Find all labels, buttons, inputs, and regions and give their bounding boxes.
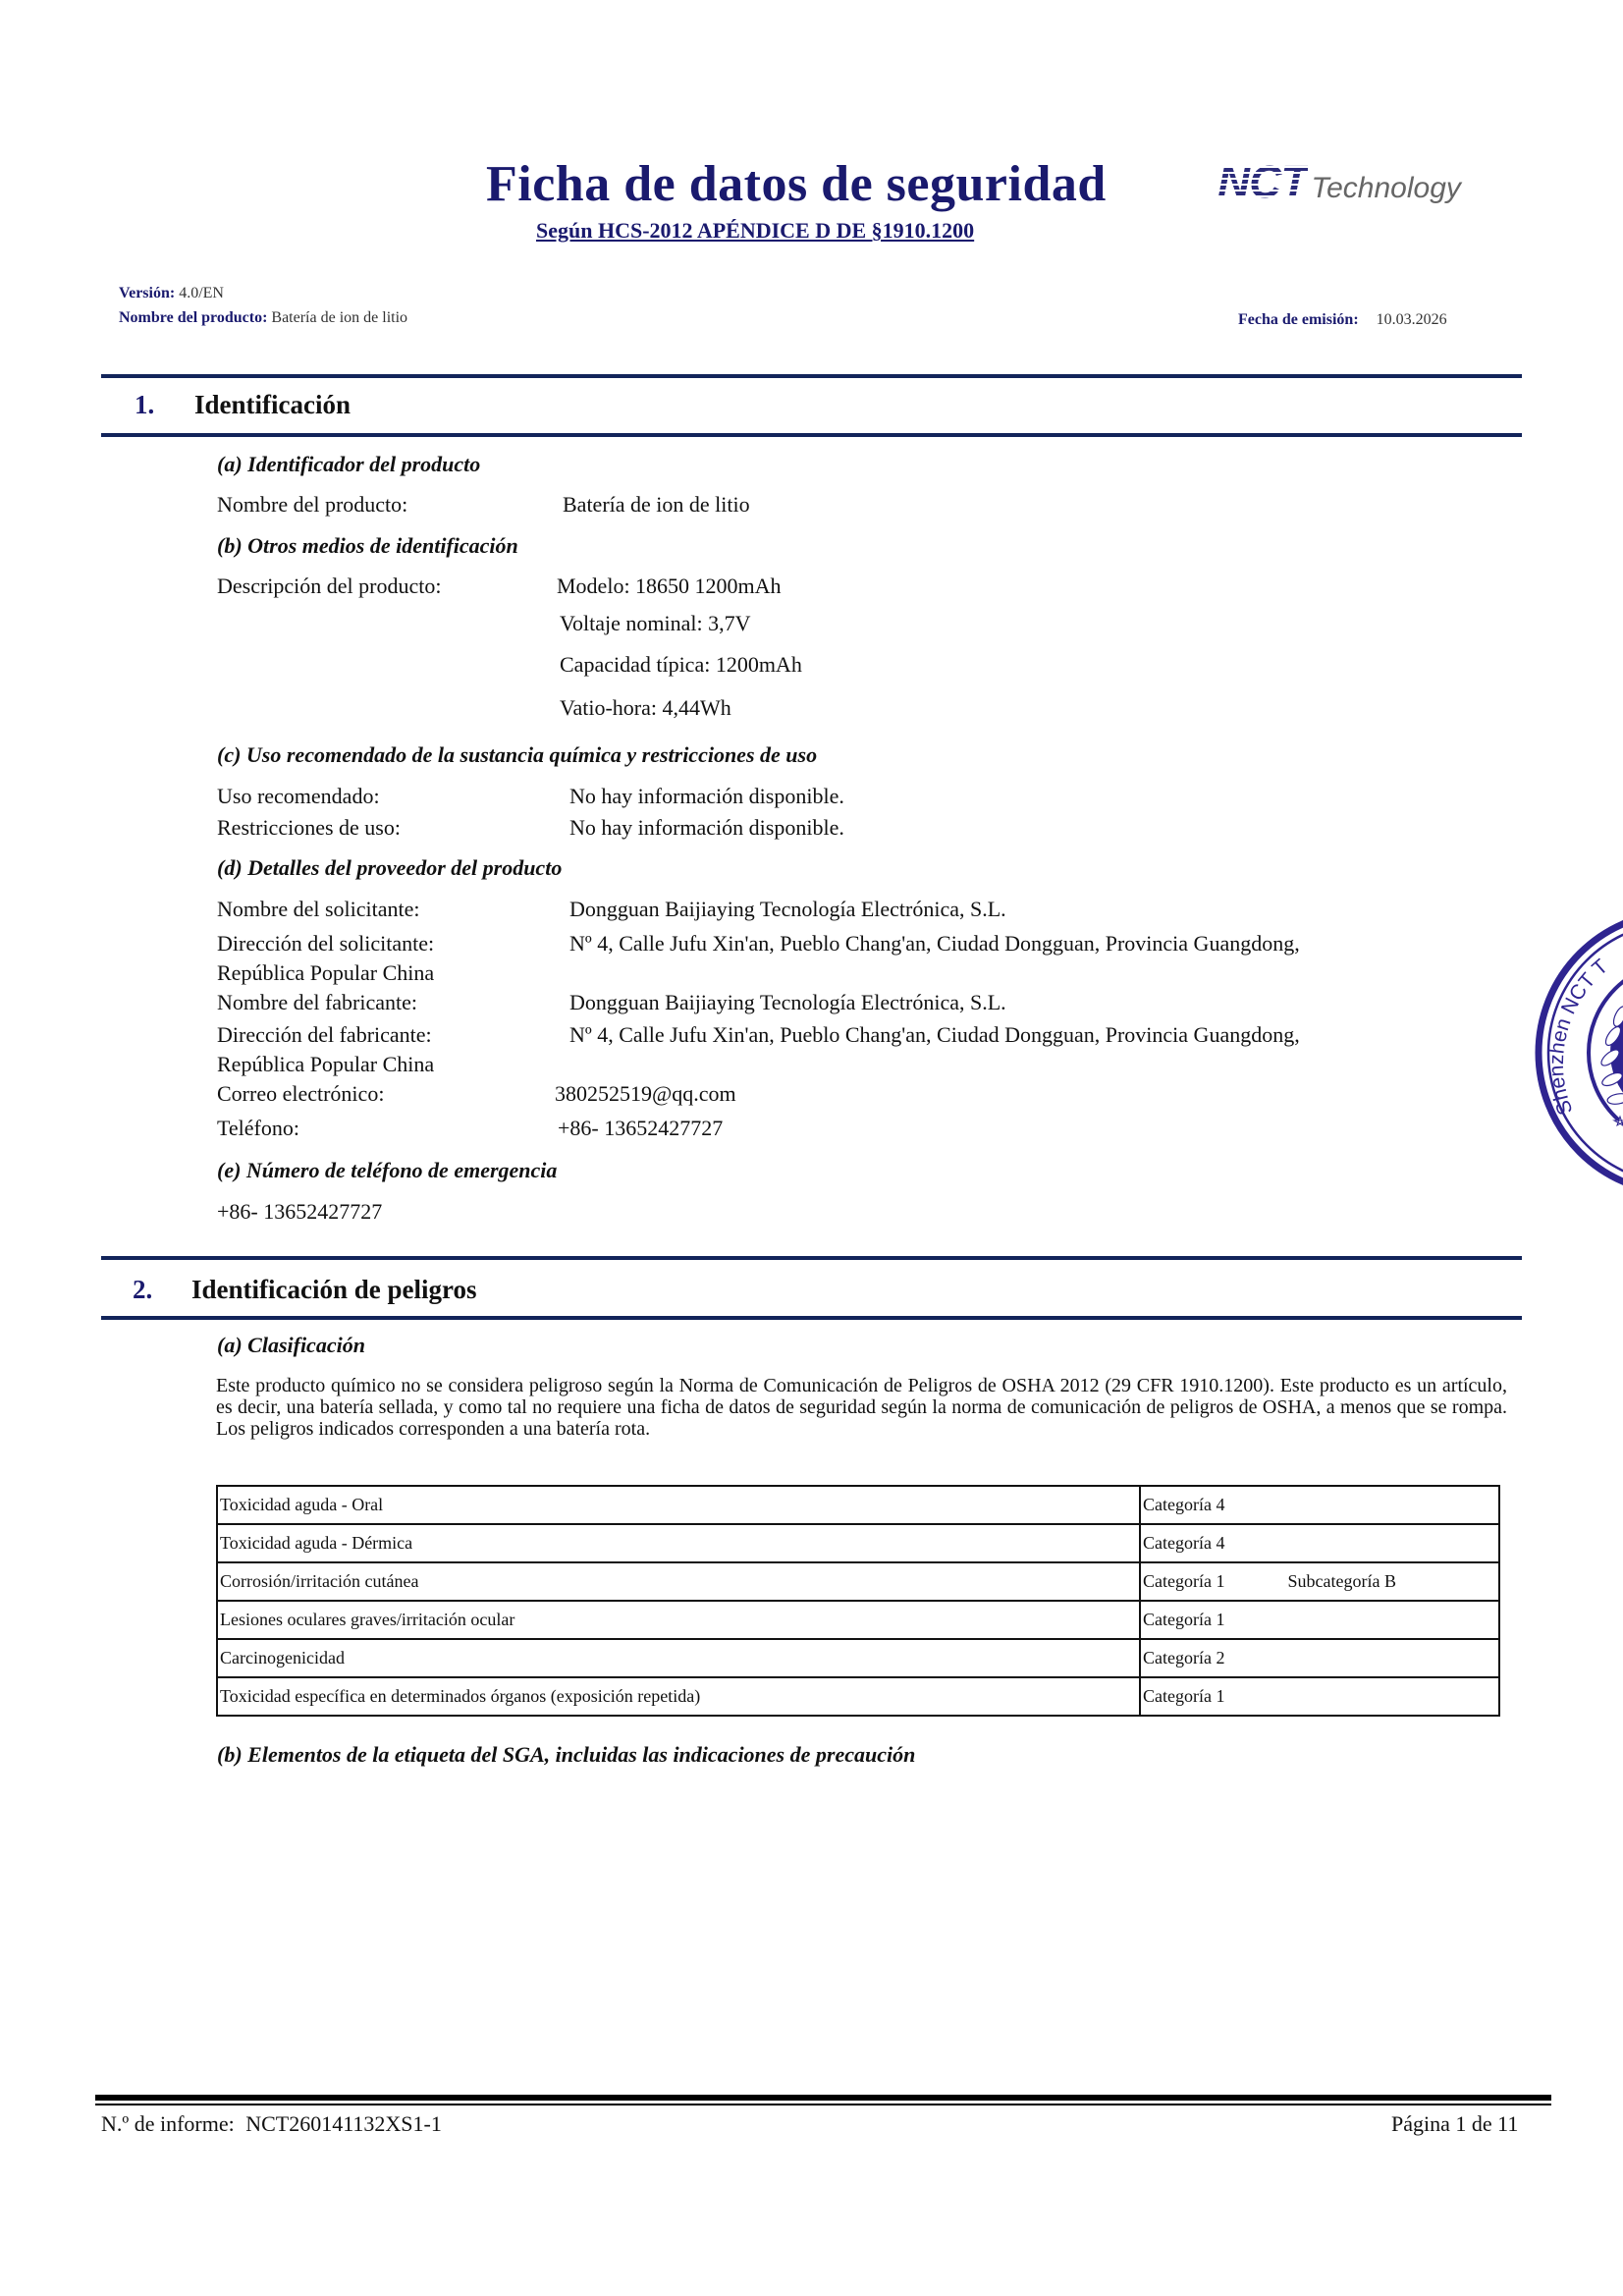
watt-hour: Vatio-hora: 4,44Wh [560,695,731,721]
category-value: Categoría 4 [1143,1533,1224,1553]
report-number: N.º de informe: NCT260141132XS1-1 [101,2111,442,2137]
emergency-phone-value: +86- 13652427727 [217,1199,382,1225]
use-restrictions-label: Restricciones de uso: [217,815,401,841]
hazard-class-cell: Toxicidad aguda - Dérmica [217,1524,1140,1562]
product-description-label: Descripción del producto: [217,574,442,599]
table-row: Toxicidad específica en determinados órg… [217,1677,1499,1716]
issue-date-line: Fecha de emisión: 10.03.2026 [1238,311,1447,329]
manufacturer-name-value: Dongguan Baijiaying Tecnología Electróni… [569,990,1006,1015]
subsection-2a-heading: (a) Clasificación [217,1333,365,1358]
hazard-category-cell: Categoría 1 [1140,1601,1499,1639]
nominal-voltage: Voltaje nominal: 3,7V [560,611,751,636]
hazard-category-cell: Categoría 2 [1140,1639,1499,1677]
recommended-use-label: Uso recomendado: [217,784,380,809]
version-line: Versión: 4.0/EN [119,285,224,302]
manufacturer-address-country: República Popular China [217,1052,434,1077]
page-number: Página 1 de 11 [1391,2111,1518,2137]
subsection-1b-heading: (b) Otros medios de identificación [217,533,518,559]
classification-paragraph: Este producto químico no se considera pe… [216,1375,1507,1440]
logo-mark: NCT [1217,156,1308,207]
subsection-1e-heading: (e) Número de teléfono de emergencia [217,1158,557,1183]
section-divider [101,1256,1522,1260]
phone-label: Teléfono: [217,1116,299,1141]
subsection-1d-heading: (d) Detalles del proveedor del producto [217,855,562,881]
product-name-line: Nombre del producto: Batería de ion de l… [119,309,407,327]
hazard-category-cell: Categoría 4 [1140,1524,1499,1562]
section-divider [101,1316,1522,1320]
manufacturer-address-value: Nº 4, Calle Jufu Xin'an, Pueblo Chang'an… [569,1022,1300,1048]
section-2-number: 2. [133,1275,152,1305]
hazard-class-cell: Toxicidad específica en determinados órg… [217,1677,1140,1716]
product-name-value: Batería de ion de litio [271,309,407,326]
hazard-class-cell: Carcinogenicidad [217,1639,1140,1677]
table-row: Toxicidad aguda - DérmicaCategoría 4 [217,1524,1499,1562]
typical-capacity: Capacidad típica: 1200mAh [560,652,802,678]
product-name-value: Batería de ion de litio [563,492,750,518]
hazard-classification-table: Toxicidad aguda - OralCategoría 4Toxicid… [216,1485,1500,1717]
report-number-label: N.º de informe: [101,2111,235,2136]
footer-rule [95,2095,1551,2101]
hazard-category-cell: Categoría 1Subcategoría B [1140,1562,1499,1601]
subsection-2b-heading: (b) Elementos de la etiqueta del SGA, in… [217,1742,915,1768]
section-1-number: 1. [135,390,154,420]
logo-text: Technology [1312,172,1461,204]
section-divider [101,374,1522,378]
hazard-class-cell: Corrosión/irritación cutánea [217,1562,1140,1601]
table-row: CarcinogenicidadCategoría 2 [217,1639,1499,1677]
table-row: Toxicidad aguda - OralCategoría 4 [217,1486,1499,1524]
subcategory-value: Subcategoría B [1287,1571,1395,1591]
subsection-1a-heading: (a) Identificador del producto [217,452,480,477]
applicant-address-country: República Popular China [217,960,434,986]
product-model: Modelo: 18650 1200mAh [557,574,782,599]
email-label: Correo electrónico: [217,1081,384,1107]
company-logo: NCTTechnology [1217,155,1461,208]
applicant-address-value: Nº 4, Calle Jufu Xin'an, Pueblo Chang'an… [569,931,1300,957]
document-subtitle: Según HCS-2012 APÉNDICE D DE §1910.1200 [536,218,974,244]
hazard-category-cell: Categoría 4 [1140,1486,1499,1524]
footer-rule [95,2104,1551,2105]
phone-value: +86- 13652427727 [558,1116,723,1141]
category-value: Categoría 1 [1143,1610,1224,1629]
issue-date-value: 10.03.2026 [1377,311,1447,328]
subsection-1c-heading: (c) Uso recomendado de la sustancia quím… [217,742,817,768]
section-2-title: Identificación de peligros [191,1275,477,1305]
recommended-use-value: No hay información disponible. [569,784,844,809]
document-title: Ficha de datos de seguridad [486,155,1107,213]
use-restrictions-value: No hay información disponible. [569,815,844,841]
hazard-category-cell: Categoría 1 [1140,1677,1499,1716]
manufacturer-address-label: Dirección del fabricante: [217,1022,432,1048]
product-name-label: Nombre del producto: [217,492,407,518]
version-label: Versión: [119,285,175,301]
applicant-address-label: Dirección del solicitante: [217,931,434,957]
section-1-title: Identificación [194,390,351,420]
section-divider [101,433,1522,437]
email-value[interactable]: 380252519@qq.com [555,1081,736,1107]
company-seal-stamp: Shenzhen NCT T [1530,908,1623,1198]
category-value: Categoría 1 [1143,1686,1224,1706]
issue-date-label: Fecha de emisión: [1238,311,1359,328]
report-number-value: NCT260141132XS1-1 [245,2111,442,2136]
table-row: Corrosión/irritación cutáneaCategoría 1S… [217,1562,1499,1601]
table-row: Lesiones oculares graves/irritación ocul… [217,1601,1499,1639]
seal-icon: Shenzhen NCT T [1530,908,1623,1198]
applicant-name-value: Dongguan Baijiaying Tecnología Electróni… [569,897,1006,922]
product-name-label: Nombre del producto: [119,309,267,326]
version-value: 4.0/EN [179,285,224,301]
category-value: Categoría 1 [1143,1571,1224,1591]
category-value: Categoría 4 [1143,1495,1224,1514]
hazard-class-cell: Toxicidad aguda - Oral [217,1486,1140,1524]
category-value: Categoría 2 [1143,1648,1224,1667]
applicant-name-label: Nombre del solicitante: [217,897,420,922]
manufacturer-name-label: Nombre del fabricante: [217,990,417,1015]
hazard-class-cell: Lesiones oculares graves/irritación ocul… [217,1601,1140,1639]
